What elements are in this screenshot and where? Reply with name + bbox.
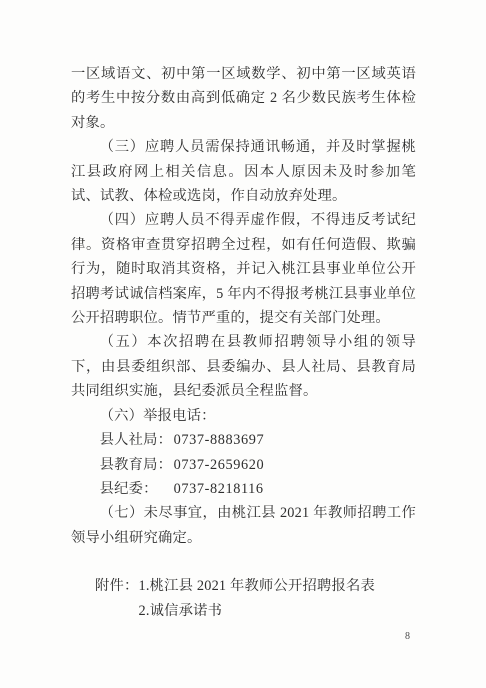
attachments-label: 附件： — [95, 574, 139, 623]
attachment-item: 2.诚信承诺书 — [139, 599, 417, 623]
phone-label: 县教育局： — [100, 453, 174, 477]
phone-number: 0737-8218116 — [174, 481, 264, 497]
phone-label: 县人社局： — [100, 428, 174, 452]
paragraph-item-3: （三）应聘人员需保持通讯畅通，并及时掌握桃江县政府网上相关信息。因本人原因未及时… — [71, 135, 416, 208]
phone-line: 县人社局：0737-8883697 — [71, 428, 416, 452]
paragraph-item-4: （四）应聘人员不得弄虚作假，不得违反考试纪律。资格审查贯穿招聘全过程，如有任何造… — [71, 208, 416, 330]
paragraph-item-5: （五）本次招聘在县教师招聘领导小组的领导下，由县委组织部、县委编办、县人社局、县… — [71, 330, 416, 403]
phone-line: 县纪委：0737-8218116 — [71, 477, 416, 501]
phone-number: 0737-2659620 — [174, 457, 265, 473]
page-number: 8 — [405, 631, 410, 643]
document-page: 一区域语文、初中第一区域数学、初中第一区域英语的考生中按分数由高到低确定 2 名… — [0, 0, 486, 688]
attachments-list: 1.桃江县 2021 年教师公开招聘报名表 2.诚信承诺书 — [139, 574, 417, 623]
paragraph-item-7: （七）未尽事宜，由桃江县 2021 年教师招聘工作领导小组研究确定。 — [71, 501, 416, 550]
phone-number: 0737-8883697 — [174, 432, 265, 448]
phone-line: 县教育局：0737-2659620 — [71, 453, 416, 477]
attachment-item: 1.桃江县 2021 年教师公开招聘报名表 — [139, 574, 417, 598]
paragraph-item-6: （六）举报电话： — [71, 404, 416, 428]
document-body: 一区域语文、初中第一区域数学、初中第一区域英语的考生中按分数由高到低确定 2 名… — [71, 62, 416, 623]
phone-label: 县纪委： — [100, 477, 174, 501]
paragraph-continuation: 一区域语文、初中第一区域数学、初中第一区域英语的考生中按分数由高到低确定 2 名… — [71, 62, 416, 135]
attachments-block: 附件： 1.桃江县 2021 年教师公开招聘报名表 2.诚信承诺书 — [71, 574, 416, 623]
